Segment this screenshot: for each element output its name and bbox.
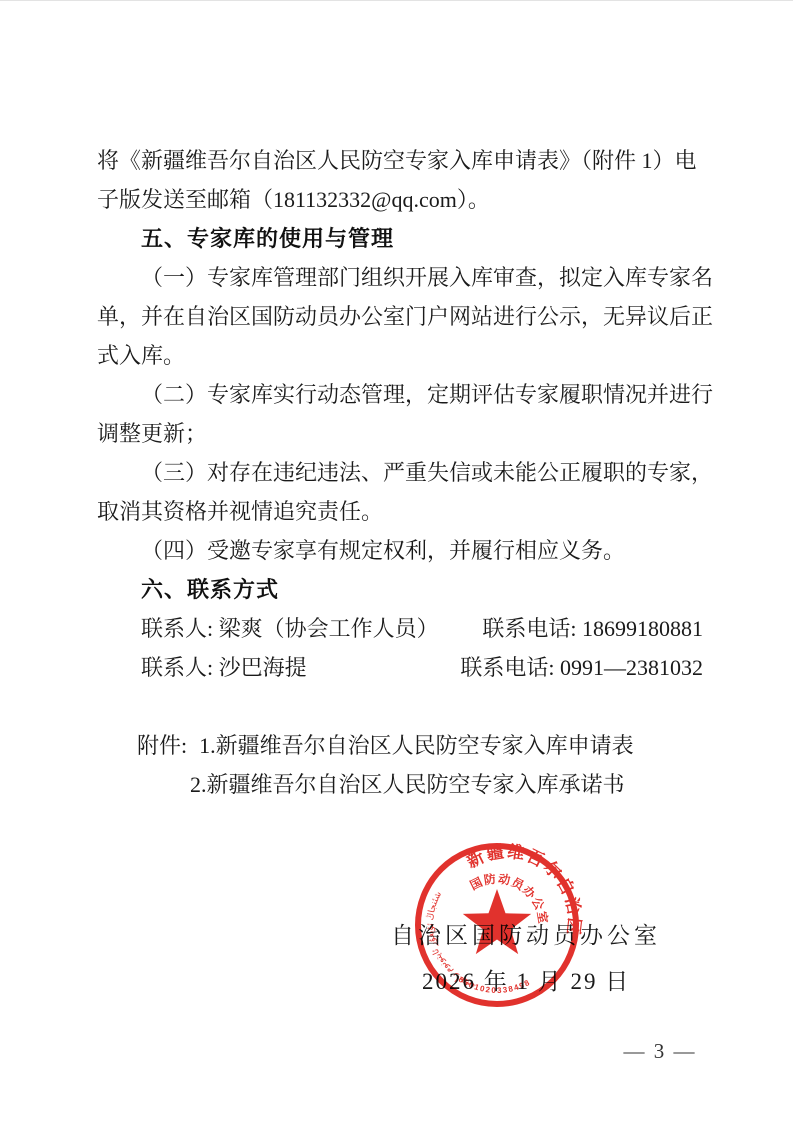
attachments-row-1: 附件:1.新疆维吾尔自治区人民防空专家入库申请表 (97, 726, 703, 765)
item-4-line: （四）受邀专家享有规定权利，并履行相应义务。 (97, 531, 703, 570)
document-page: 将《新疆维吾尔自治区人民防空专家入库申请表》（附件 1）电 子版发送至邮箱（18… (0, 0, 793, 1122)
signature-date: 2026 年 1 月 29 日 (422, 963, 671, 996)
section-heading-5: 五、专家库的使用与管理 (97, 219, 703, 258)
contact-1-name: 联系人: 梁爽（协会工作人员） (141, 609, 439, 648)
attachment-item-1: 1.新疆维吾尔自治区人民防空专家入库申请表 (199, 733, 634, 758)
blank-line (97, 687, 703, 726)
document-body: 将《新疆维吾尔自治区人民防空专家入库申请表》（附件 1）电 子版发送至邮箱（18… (97, 141, 703, 804)
item-1-line-3: 式入库。 (97, 336, 703, 375)
paragraph-continued-line-1: 将《新疆维吾尔自治区人民防空专家入库申请表》（附件 1）电 (97, 141, 703, 180)
item-1-line-2: 单，并在自治区国防动员办公室门户网站进行公示，无异议后正 (97, 297, 703, 336)
paragraph-continued-line-2: 子版发送至邮箱（181132332@qq.com）。 (97, 180, 703, 219)
contact-row-1: 联系人: 梁爽（协会工作人员） 联系电话: 18699180881 (97, 609, 703, 648)
contact-2-phone: 联系电话: 0991—2381032 (460, 648, 703, 687)
item-1-line-1: （一）专家库管理部门组织开展入库审查，拟定入库专家名 (97, 258, 703, 297)
contact-2-name: 联系人: 沙巴海提 (141, 648, 307, 687)
item-2-line-1: （二）专家库实行动态管理，定期评估专家履职情况并进行 (97, 375, 703, 414)
page-number: — 3 — (615, 1039, 705, 1064)
attachment-item-2: 2.新疆维吾尔自治区人民防空专家入库承诺书 (190, 772, 625, 797)
attachments-row-2: 2.新疆维吾尔自治区人民防空专家入库承诺书 (97, 765, 703, 804)
attachments-label: 附件: (137, 733, 199, 758)
contact-1-phone: 联系电话: 18699180881 (482, 609, 703, 648)
item-3-line-2: 取消其资格并视情追究责任。 (97, 492, 703, 531)
item-3-line-1: （三）对存在违纪违法、严重失信或未能公正履职的专家， (97, 453, 703, 492)
section-heading-6: 六、联系方式 (97, 570, 703, 609)
item-2-line-2: 调整更新； (97, 414, 703, 453)
signature-block: 自治区国防动员办公室 2026 年 1 月 29 日 (391, 917, 671, 996)
signature-organization: 自治区国防动员办公室 (391, 917, 671, 950)
contact-row-2: 联系人: 沙巴海提 联系电话: 0991—2381032 (97, 648, 703, 687)
